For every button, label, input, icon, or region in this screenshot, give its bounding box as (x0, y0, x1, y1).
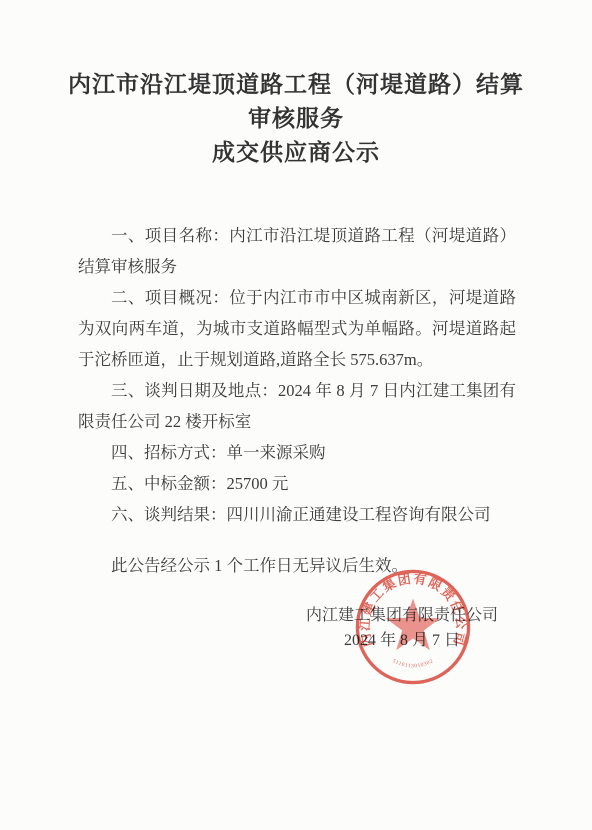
document-page: 内江市沿江堤顶道路工程（河堤道路）结算 审核服务 成交供应商公示 一、项目名称：… (0, 0, 592, 830)
signature-block: 内江建工集团有限责任公司 2024 年 8 月 7 日 (0, 603, 592, 653)
document-title: 内江市沿江堤顶道路工程（河堤道路）结算 审核服务 成交供应商公示 (0, 0, 592, 170)
seal-serial-number: 5110113010302 (391, 658, 434, 669)
paragraph-procurement-method: 四、招标方式：单一来源采购 (78, 437, 516, 468)
document-body: 一、项目名称：内江市沿江堤顶道路工程（河堤道路）结算审核服务 二、项目概况：位于… (78, 220, 516, 530)
issue-date: 2024 年 8 月 7 日 (306, 628, 498, 653)
seal-serial-holder: 5110113010302 (391, 658, 434, 669)
effective-notice: 此公告经公示 1 个工作日无异议后生效。 (78, 550, 516, 581)
paragraph-negotiation-result: 六、谈判结果：四川川渝正通建设工程咨询有限公司 (78, 499, 516, 530)
document-title-line-2: 审核服务 (0, 102, 592, 136)
paragraph-award-amount: 五、中标金额：25700 元 (78, 468, 516, 499)
document-title-line-3: 成交供应商公示 (0, 136, 592, 170)
paragraph-project-name: 一、项目名称：内江市沿江堤顶道路工程（河堤道路）结算审核服务 (78, 220, 516, 282)
document-title-line-1: 内江市沿江堤顶道路工程（河堤道路）结算 (0, 68, 592, 102)
issuer-name: 内江建工集团有限责任公司 (306, 603, 498, 628)
paragraph-negotiation-date-location: 三、谈判日期及地点：2024 年 8 月 7 日内江建工集团有限责任公司 22 … (78, 375, 516, 437)
paragraph-project-overview: 二、项目概况：位于内江市市中区城南新区，河堤道路为双向两车道，为城市支道路幅型式… (78, 282, 516, 375)
